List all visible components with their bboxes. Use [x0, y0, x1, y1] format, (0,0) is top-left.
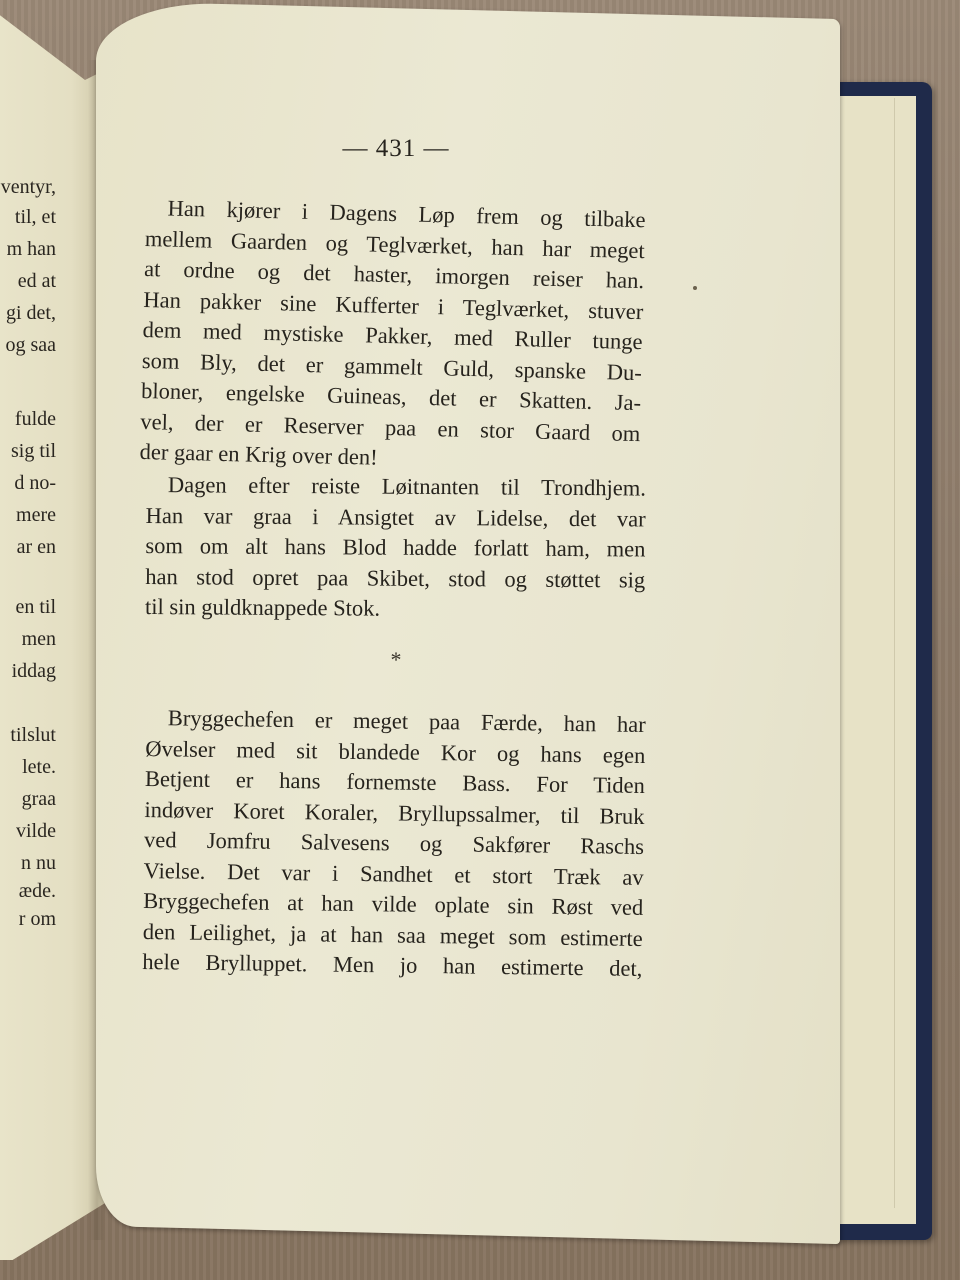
left-page-text: ventyr, til, et m han ed at gi det, og s…: [0, 0, 100, 1000]
page-number: — 431 —: [146, 135, 646, 163]
text-line: Dagen efter reiste Løitnanten til Trondh…: [146, 470, 646, 504]
page-body: — 431 — Han kjører i Dagens Løp frem og …: [146, 135, 646, 978]
left-fragment: til, et: [15, 206, 56, 229]
paragraph-3: Bryggechefen er meget paa Færde, han har…: [142, 703, 646, 984]
left-fragment: lete.: [22, 756, 56, 779]
left-fragment: gi det,: [6, 302, 56, 325]
left-fragment: fulde: [15, 408, 56, 431]
text-line: Han var graa i Ansigtet av Lidelse, det …: [146, 500, 646, 534]
left-fragment: og saa: [5, 334, 56, 357]
left-fragment: r om: [19, 908, 56, 931]
paragraph-1: Han kjører i Dagens Løp frem og tilbake …: [139, 193, 646, 480]
paragraph-2: Dagen efter reiste Løitnanten til Trondh…: [145, 470, 646, 626]
left-fragment: en til: [15, 596, 56, 619]
left-fragment: tilslut: [10, 724, 56, 747]
left-fragment: ventyr,: [1, 176, 56, 199]
paper-speck: [693, 286, 697, 290]
left-fragment: vilde: [16, 820, 56, 843]
cover-endpaper: [838, 96, 916, 1224]
text-line: som om alt hans Blod hadde forlatt ham, …: [145, 530, 645, 564]
text-line: til sin guldknappede Stok.: [145, 591, 645, 625]
left-fragment: n nu: [21, 852, 56, 875]
left-fragment: mere: [16, 504, 56, 527]
left-fragment: ar en: [17, 536, 56, 559]
left-fragment: m han: [7, 238, 56, 261]
section-break-asterisk: *: [146, 647, 646, 673]
left-fragment: men: [22, 628, 56, 651]
left-fragment: iddag: [12, 660, 56, 683]
text-line: han stod opret paa Skibet, stod og støtt…: [145, 561, 645, 595]
left-fragment: sig til: [11, 440, 56, 463]
left-fragment: graa: [22, 788, 56, 811]
left-fragment: æde.: [19, 880, 56, 903]
left-fragment: ed at: [18, 270, 56, 293]
left-fragment: d no-: [14, 472, 56, 495]
